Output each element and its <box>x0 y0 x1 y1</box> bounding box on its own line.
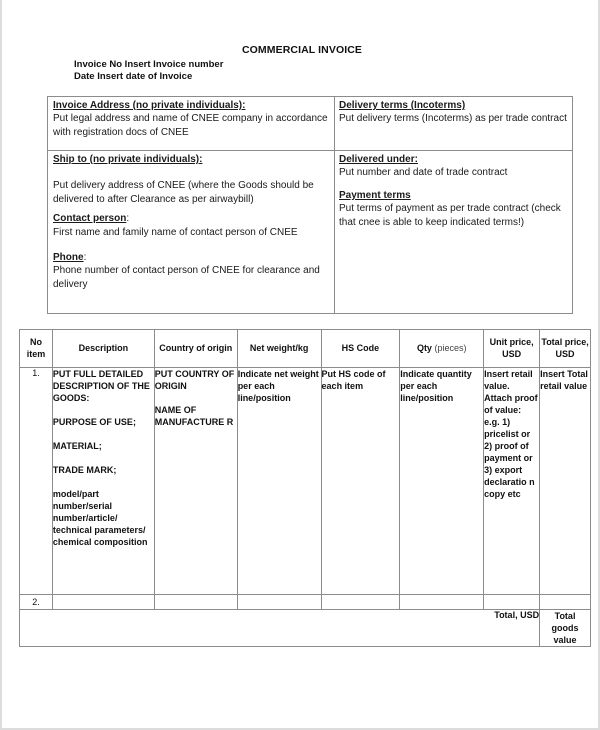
row-qty: Indicate quantity per each line/position <box>400 368 484 595</box>
header-unit-price: Unit price, USD <box>484 330 540 368</box>
ship-to-section: Ship to (no private individuals): Put de… <box>53 153 331 291</box>
description-line: PUT FULL DETAILED DESCRIPTION OF THE GOO… <box>53 368 154 404</box>
invoice-number-line: Invoice No Insert Invoice number <box>74 59 223 70</box>
row-number: 1. <box>20 368 53 595</box>
table-row: 2. <box>20 595 591 610</box>
header-qty-unit: (pieces) <box>434 343 466 353</box>
manufacturer-line: NAME OF MANUFACTURE R <box>155 404 237 428</box>
total-row: Total, USD Total goods value <box>20 610 591 647</box>
row-country-of-origin: PUT COUNTRY OF ORIGIN NAME OF MANUFACTUR… <box>154 368 237 595</box>
divider <box>334 97 335 313</box>
phone-text: Phone number of contact person of CNEE f… <box>53 264 331 291</box>
row-net-weight <box>237 595 321 610</box>
payment-terms-text: Put terms of payment as per trade contra… <box>339 202 569 229</box>
address-box: Invoice Address (no private individuals)… <box>47 96 573 314</box>
delivered-under-section: Delivered under: Put number and date of … <box>339 153 569 229</box>
payment-terms-heading: Payment terms <box>339 189 569 202</box>
description-line: PURPOSE OF USE; <box>53 416 154 428</box>
contact-person-heading-line: Contact person: <box>53 212 331 225</box>
header-description: Description <box>52 330 154 368</box>
delivery-terms-section: Delivery terms (Incoterms) Put delivery … <box>339 99 569 126</box>
row-description <box>52 595 154 610</box>
invoice-address-section: Invoice Address (no private individuals)… <box>53 99 329 139</box>
contact-person-text: First name and family name of contact pe… <box>53 226 331 239</box>
ship-to-text: Put delivery address of CNEE (where the … <box>53 179 331 206</box>
ship-to-heading: Ship to (no private individuals): <box>53 153 331 166</box>
header-hs-code: HS Code <box>321 330 400 368</box>
delivery-terms-text: Put delivery terms (Incoterms) as per tr… <box>339 112 569 125</box>
row-unit-price: Insert retail value. Attach proof of val… <box>484 368 540 595</box>
row-net-weight: Indicate net weight per each line/positi… <box>237 368 321 595</box>
header-no-item: No item <box>20 330 53 368</box>
row-country-of-origin <box>154 595 237 610</box>
total-label: Total, USD <box>20 610 540 647</box>
goods-table: No item Description Country of origin Ne… <box>19 329 591 647</box>
country-line: PUT COUNTRY OF ORIGIN <box>155 368 237 392</box>
phone-colon: : <box>84 252 87 263</box>
table-header-row: No item Description Country of origin Ne… <box>20 330 591 368</box>
row-description: PUT FULL DETAILED DESCRIPTION OF THE GOO… <box>52 368 154 595</box>
invoice-address-heading: Invoice Address (no private individuals)… <box>53 99 329 112</box>
row-total-price <box>540 595 591 610</box>
row-number: 2. <box>20 595 53 610</box>
phone-heading: Phone <box>53 252 84 263</box>
header-qty-label: Qty <box>417 343 432 353</box>
contact-person-heading: Contact person <box>53 213 126 224</box>
description-line: MATERIAL; <box>53 440 154 452</box>
delivered-under-text: Put number and date of trade contract <box>339 166 569 179</box>
invoice-address-text: Put legal address and name of CNEE compa… <box>53 112 329 139</box>
description-line: model/part number/serial number/article/… <box>53 488 154 548</box>
row-hs-code <box>321 595 400 610</box>
total-value: Total goods value <box>540 610 591 647</box>
delivery-terms-heading: Delivery terms (Incoterms) <box>339 99 569 112</box>
row-qty <box>400 595 484 610</box>
table-row: 1. PUT FULL DETAILED DESCRIPTION OF THE … <box>20 368 591 595</box>
contact-person-colon: : <box>126 213 129 224</box>
row-total-price: Insert Total retail value <box>540 368 591 595</box>
invoice-date-line: Date Insert date of Invoice <box>74 71 192 82</box>
divider <box>48 150 572 151</box>
document-page: COMMERCIAL INVOICE Invoice No Insert Inv… <box>0 0 600 730</box>
row-hs-code: Put HS code of each item <box>321 368 400 595</box>
header-country-of-origin: Country of origin <box>154 330 237 368</box>
header-qty: Qty (pieces) <box>400 330 484 368</box>
phone-heading-line: Phone: <box>53 251 331 264</box>
description-line: TRADE MARK; <box>53 464 154 476</box>
header-total-price: Total price, USD <box>540 330 591 368</box>
delivered-under-heading: Delivered under: <box>339 153 569 166</box>
row-unit-price <box>484 595 540 610</box>
document-title: COMMERCIAL INVOICE <box>2 44 600 56</box>
header-net-weight: Net weight/kg <box>237 330 321 368</box>
